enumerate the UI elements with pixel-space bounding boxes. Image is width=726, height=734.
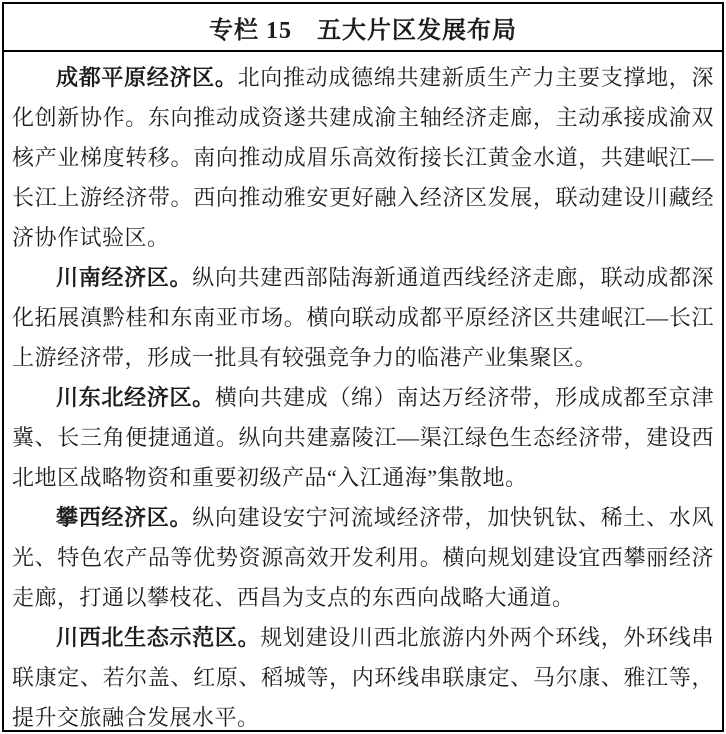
document-page: 专栏 15 五大片区发展布局 成都平原经济区。北向推动成德绵共建新质生产力主要支… — [0, 0, 726, 734]
zone-name-northeast-sichuan: 川东北经济区。 — [56, 385, 215, 410]
paragraph-south-sichuan: 川南经济区。纵向共建西部陆海新通道西线经济走廊，联动成都深化拓展滇黔桂和东南亚市… — [12, 258, 714, 378]
paragraph-chengdu-plain: 成都平原经济区。北向推动成德绵共建新质生产力主要支撑地，深化创新协作。东向推动成… — [12, 58, 714, 258]
column-title: 专栏 15 五大片区发展布局 — [209, 10, 517, 45]
column-box: 专栏 15 五大片区发展布局 成都平原经济区。北向推动成德绵共建新质生产力主要支… — [2, 2, 724, 732]
zone-name-south-sichuan: 川南经济区。 — [56, 265, 192, 290]
zone-name-chengdu-plain: 成都平原经济区。 — [56, 65, 238, 90]
column-body: 成都平原经济区。北向推动成德绵共建新质生产力主要支撑地，深化创新协作。东向推动成… — [4, 52, 722, 730]
paragraph-northwest-sichuan: 川西北生态示范区。规划建设川西北旅游内外两个环线，外环线串联康定、若尔盖、红原、… — [12, 618, 714, 730]
zone-text-chengdu-plain: 北向推动成德绵共建新质生产力主要支撑地，深化创新协作。东向推动成资遂共建成渝主轴… — [12, 65, 714, 250]
zone-name-northwest-sichuan: 川西北生态示范区。 — [56, 625, 260, 650]
paragraph-panxi: 攀西经济区。纵向建设安宁河流域经济带，加快钒钛、稀土、水风光、特色农产品等优势资… — [12, 498, 714, 618]
column-title-bar: 专栏 15 五大片区发展布局 — [4, 4, 722, 52]
paragraph-northeast-sichuan: 川东北经济区。横向共建成（绵）南达万经济带，形成成都至京津冀、长三角便捷通道。纵… — [12, 378, 714, 498]
zone-name-panxi: 攀西经济区。 — [56, 505, 192, 530]
